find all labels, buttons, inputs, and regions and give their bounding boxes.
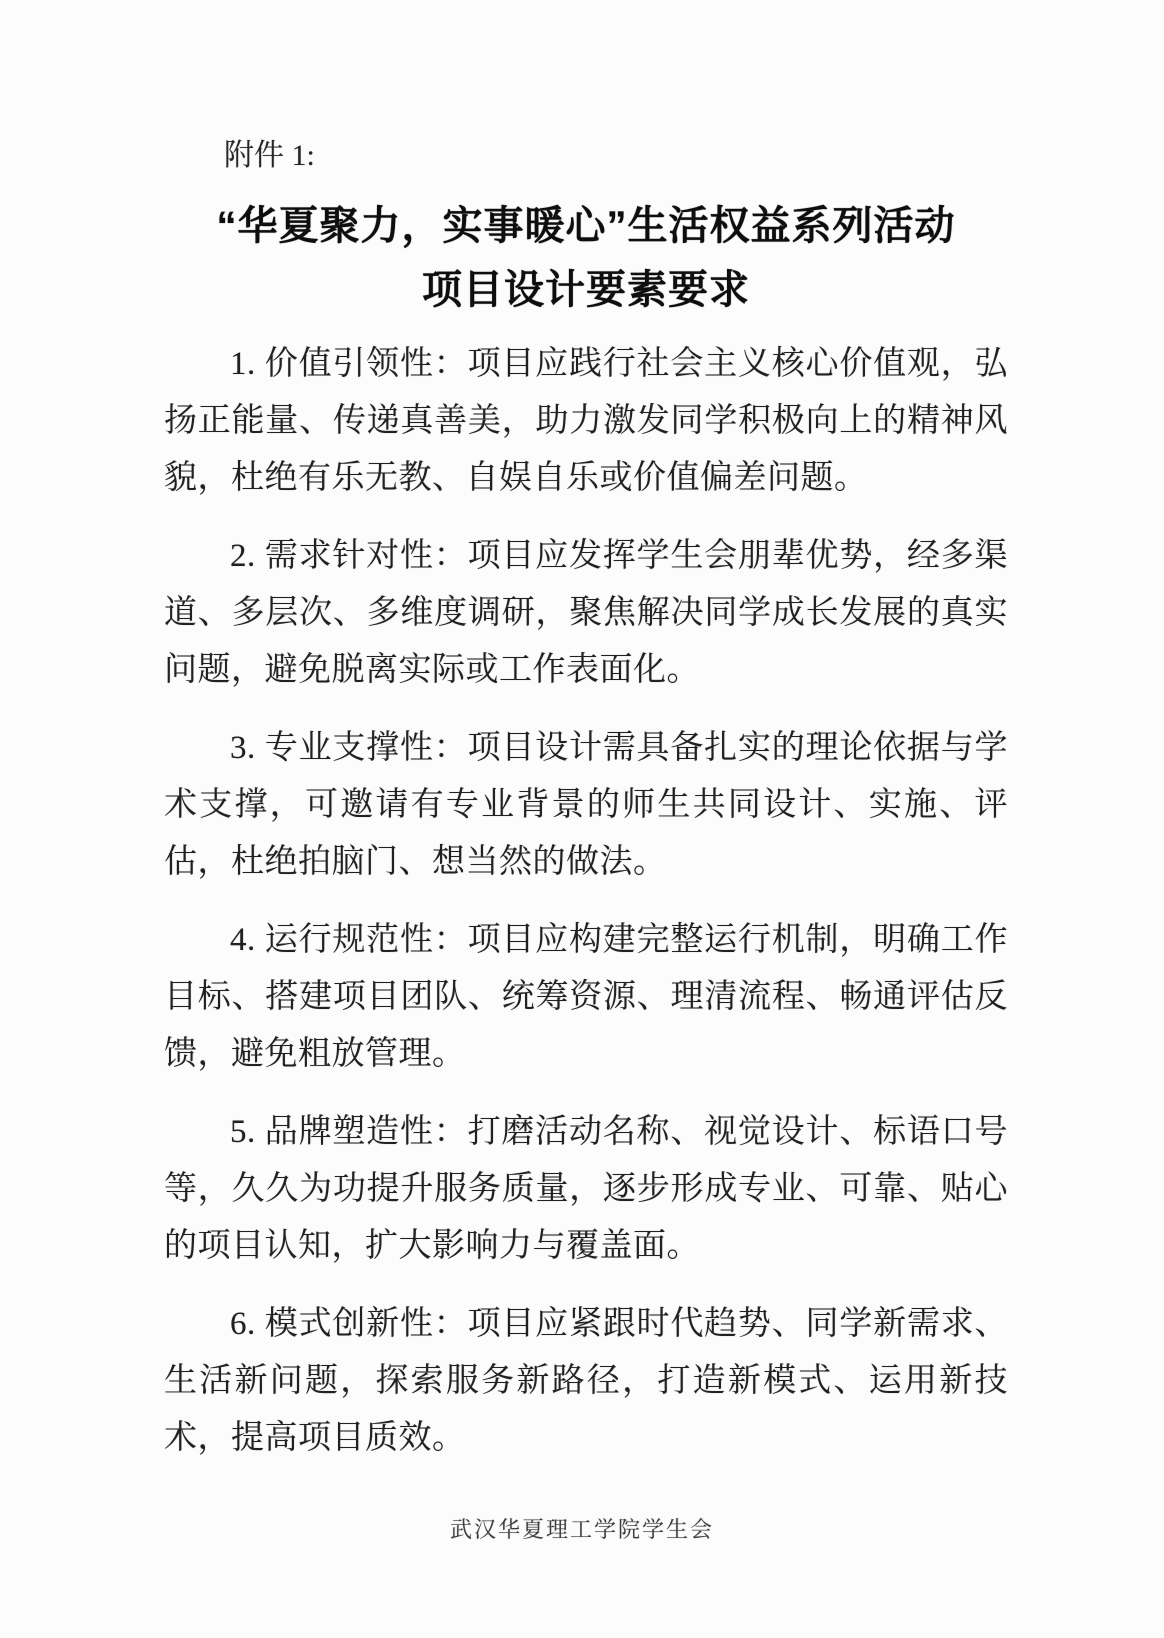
attachment-label: 附件 1: — [224, 138, 1008, 174]
paragraph-model-innovation: 6. 模式创新性：项目应紧跟时代趋势、同学新需求、生活新问题，探索服务新路径，打… — [164, 1296, 1008, 1467]
paragraph-professional-support: 3. 专业支撑性：项目设计需具备扎实的理论依据与学术支撑，可邀请有专业背景的师生… — [164, 720, 1008, 891]
title-line-1: “华夏聚力，实事暖心”生活权益系列活动 — [164, 194, 1008, 258]
document-title: “华夏聚力，实事暖心”生活权益系列活动 项目设计要素要求 — [164, 194, 1008, 322]
paragraph-brand-building: 5. 品牌塑造性：打磨活动名称、视觉设计、标语口号等，久久为功提升服务质量，逐步… — [164, 1104, 1008, 1275]
paragraph-value-leading: 1. 价值引领性：项目应践行社会主义核心价值观，弘扬正能量、传递真善美，助力激发… — [164, 336, 1008, 507]
paragraph-operational-standard: 4. 运行规范性：项目应构建完整运行机制，明确工作目标、搭建项目团队、统筹资源、… — [164, 912, 1008, 1083]
paragraph-demand-targeting: 2. 需求针对性：项目应发挥学生会朋辈优势，经多渠道、多层次、多维度调研，聚焦解… — [164, 528, 1008, 699]
document-page: 附件 1: “华夏聚力，实事暖心”生活权益系列活动 项目设计要素要求 1. 价值… — [0, 0, 1164, 1638]
title-line-2: 项目设计要素要求 — [164, 258, 1008, 322]
document-body: 1. 价值引领性：项目应践行社会主义核心价值观，弘扬正能量、传递真善美，助力激发… — [164, 336, 1008, 1467]
footer-signature: 武汉华夏理工学院学生会 — [0, 1513, 1164, 1544]
